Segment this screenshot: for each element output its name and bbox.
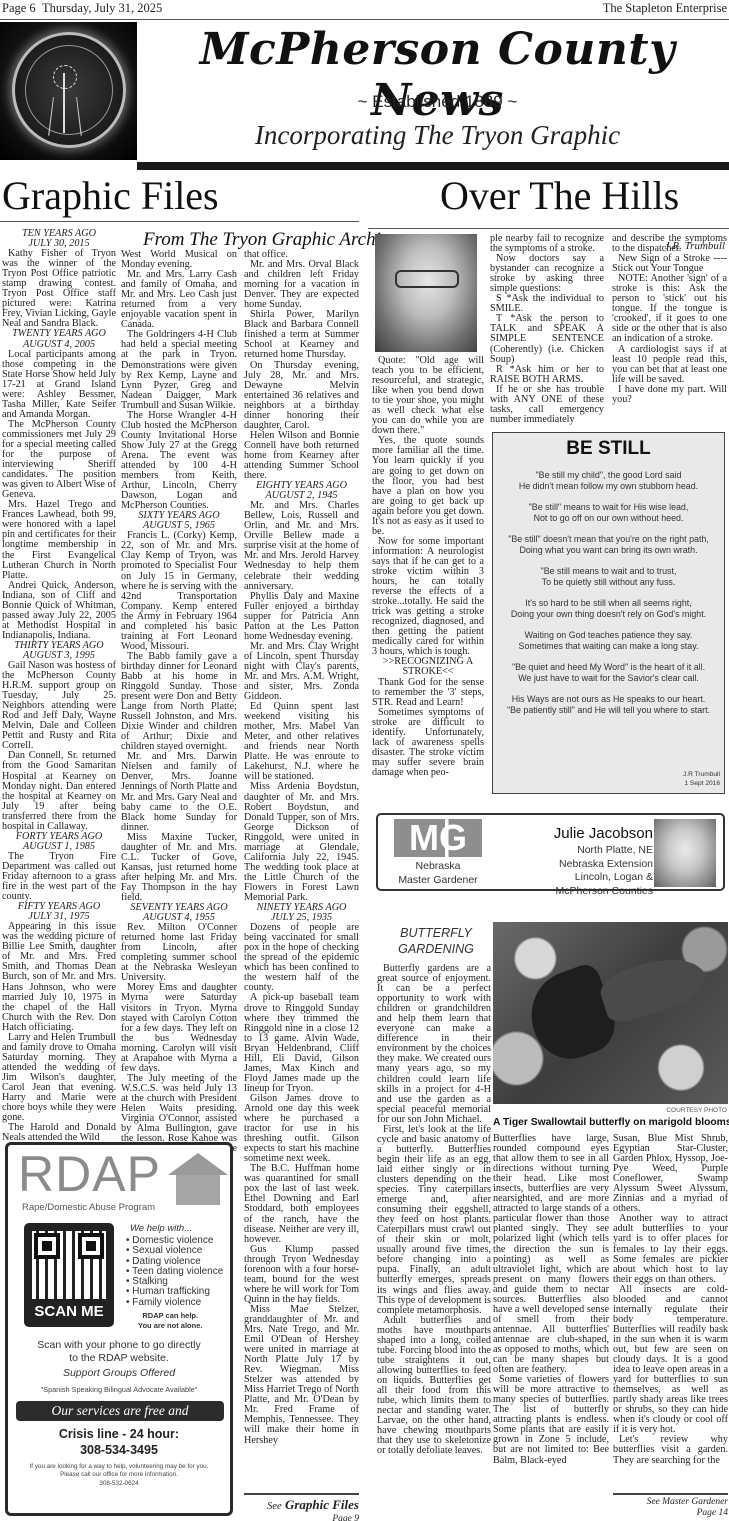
- poem-line: "Be still" doesn't mean that you're on t…: [493, 534, 724, 545]
- paragraph: Mr. and Mrs. Orval Black and children le…: [244, 260, 359, 310]
- service-item: Family violence: [126, 1298, 223, 1308]
- rdap-subtitle: Rape/Domestic Abuse Program: [22, 1202, 155, 1213]
- paragraph: A cardiologist says if at least 10 peopl…: [612, 345, 727, 385]
- paragraph: I have done my part. Will you?: [612, 385, 727, 405]
- info-line: Nebraska Extension: [498, 858, 653, 872]
- spanish-advocate: "Spanish Speaking Bilingual Advocate Ava…: [8, 1385, 230, 1394]
- seal-ring: [12, 32, 126, 148]
- paragraph: Appearing in this issue was the wedding …: [2, 922, 116, 1033]
- paragraph: Adult butterflies and moths have mouthpa…: [377, 1316, 491, 1457]
- graphic-files-rule: [0, 221, 359, 222]
- masthead: McPherson County News ~ Established 1889…: [0, 22, 729, 162]
- paragraph: Local participants among those competing…: [2, 350, 116, 420]
- mg-label-1: Nebraska: [378, 859, 498, 873]
- services-list: Domestic violence Sexual violence Dating…: [126, 1236, 223, 1308]
- paragraph: Mr. and Mrs. Darwin Nielsen and family o…: [121, 752, 237, 832]
- butterfly-photo: [493, 922, 728, 1104]
- paragraph: The McPherson County commissioners met J…: [2, 420, 116, 500]
- master-gardener-end-rule: [613, 1493, 728, 1495]
- paragraph: Butterflies have large, rounded compound…: [493, 1134, 609, 1375]
- article-title: BUTTERFLY GARDENING: [378, 925, 494, 957]
- page-header-line: Page 6 Thursday, July 31, 2025 The Stapl…: [0, 0, 729, 18]
- paragraph: R *Ask him or her to RAISE BOTH ARMS.: [490, 365, 604, 385]
- info-line: McPherson Counties: [498, 885, 653, 899]
- paragraph: Quote: "Old age will teach you to be eff…: [372, 356, 484, 436]
- header-rule: [0, 19, 729, 20]
- paragraph: All insects are cold-blooded and cannot …: [613, 1285, 728, 1436]
- crisis-label: Crisis line - 24 hour:: [8, 1427, 230, 1443]
- poem-stanza: Waiting on God teaches patience they say…: [493, 630, 724, 652]
- paragraph: If he or she has trouble with ANY ONE of…: [490, 385, 604, 425]
- paragraph: Thank God for the sense to remember the …: [372, 678, 484, 708]
- paragraph: Shirla Power, Marilyn Black and Barbara …: [244, 310, 359, 360]
- paragraph: Miss Mae Stelzer, granddaughter of Mr. a…: [244, 1305, 359, 1446]
- dateline-heading: TWENTY YEARS AGO: [2, 329, 116, 339]
- paragraph: Dan Connell, Sr. returned from the Good …: [2, 751, 116, 831]
- paragraph: Ed Quinn spent last weekend visiting his…: [244, 702, 359, 782]
- poem-line: Sometimes that waiting can make a long s…: [493, 641, 724, 652]
- paragraph: Miss Maxine Tucker, daughter of Mr. and …: [121, 833, 237, 903]
- poem-line: "Be still" means to wait for His wise le…: [493, 502, 724, 513]
- be-still-poem-box: BE STILL "Be still my child", the good L…: [492, 432, 725, 794]
- paragraph: West World Musical on Monday evening.: [121, 250, 237, 270]
- poem-line: To be quietly still without any fuss.: [493, 577, 724, 588]
- paragraph: Larry and Helen Trumbull and family drov…: [2, 1033, 116, 1123]
- poem-title: BE STILL: [493, 438, 724, 460]
- paragraph: Helen Wilson and Bonnie Connell have bot…: [244, 431, 359, 481]
- jump-target: Graphic Files: [285, 1497, 359, 1512]
- jump-see-label: See Master Gardener: [613, 1497, 728, 1508]
- mg-label-2: Master Gardener: [378, 873, 498, 887]
- poem-line: Waiting on God teaches patience they say…: [493, 630, 724, 641]
- over-the-hills-column-3: and describe the symptoms to the dispatc…: [612, 234, 727, 405]
- paragraph: Mr. and Mrs. Clay Wright of Lincoln, spe…: [244, 642, 359, 702]
- paragraph: NOTE: Another 'sign' of a stroke is this…: [612, 274, 727, 344]
- paragraph: and describe the symptoms to the dispatc…: [612, 234, 727, 254]
- master-gardener-logo: MG: [394, 819, 482, 857]
- qr-code-icon: [32, 1231, 106, 1299]
- paragraph: Mrs. Hazel Trego and Frances Lawhead, bo…: [2, 500, 116, 580]
- masthead-bar: [137, 162, 729, 170]
- poem-line: "Be still means to wait and to trust,: [493, 566, 724, 577]
- master-gardener-column-2: Butterflies have large, rounded compound…: [493, 1134, 609, 1466]
- paragraph: ple nearby fail to recognize the symptom…: [490, 234, 604, 254]
- rdap-can-help: RDAP can help. You are not alone.: [138, 1311, 202, 1331]
- county-seal-icon: [0, 22, 137, 160]
- jump-page: Page 14: [613, 1508, 728, 1519]
- paragraph: Dozens of people are being vaccinated fo…: [244, 923, 359, 993]
- paragraph: The Harold and Donald Neals attended the…: [2, 1123, 116, 1143]
- paper-name: The Stapleton Enterprise: [603, 1, 727, 16]
- paragraph: New Sign of a Stroke ---- Stick out Your…: [612, 254, 727, 274]
- paragraph: Let's review why butterflies visit a gar…: [613, 1435, 728, 1465]
- help-heading: We help with...: [130, 1223, 192, 1234]
- rdap-advertisement: RDAP Rape/Domestic Abuse Program SCAN ME…: [5, 1142, 233, 1516]
- paragraph: The Horse Wrangler 4-H Club hosted the M…: [121, 411, 237, 511]
- scan-text-1: Scan with your phone to go directly: [8, 1339, 230, 1352]
- graphic-files-jump: See Graphic Files Page 9: [244, 1498, 359, 1521]
- poem-line: Doing what you want can bring its own wr…: [493, 545, 724, 556]
- house-icon: [168, 1153, 228, 1205]
- jump-see-label: See: [267, 1501, 282, 1512]
- poem-stanza: "Be still" doesn't mean that you're on t…: [493, 534, 724, 556]
- over-the-hills-column-1: Quote: "Old age will teach you to be eff…: [372, 356, 484, 778]
- paragraph: Gilson James drove to Arnold one day thi…: [244, 1094, 359, 1164]
- windmill-icon: [63, 73, 65, 133]
- poem-stanza: "Be still means to wait and to trust,To …: [493, 566, 724, 588]
- subheading: >>RECOGNIZING A STROKE<<: [372, 657, 484, 677]
- paragraph: Gail Nason was hostess of the McPherson …: [2, 661, 116, 751]
- paragraph: Rev. Milton O'Conner returned home last …: [121, 923, 237, 983]
- paragraph: S *Ask the individual to SMILE.: [490, 294, 604, 314]
- paragraph: Mr. and Mrs. Larry Cash and family of Om…: [121, 270, 237, 330]
- poem-author: J.R Trumbull: [683, 771, 720, 779]
- scan-me-label: SCAN ME: [24, 1303, 114, 1320]
- office-phone[interactable]: 308-532-0624: [8, 1480, 230, 1488]
- support-groups: Support Groups Offered: [8, 1367, 230, 1379]
- graphic-files-column-1: TEN YEARS AGOJULY 30, 2015Kathy Fisher o…: [2, 229, 116, 1143]
- poem-line: Doing your own thing doesn't rely on God…: [493, 609, 724, 620]
- paragraph: Some varieties of flowers will be more a…: [493, 1375, 609, 1465]
- poem-line: "Be still my child", the good Lord said: [493, 470, 724, 481]
- author-photo: [375, 234, 477, 352]
- volunteer-info: If you are looking for a way to help, vo…: [8, 1463, 230, 1488]
- house-roof: [168, 1153, 228, 1175]
- poem-stanza: "Be still my child", the good Lord saidH…: [493, 470, 724, 492]
- poem-stanza: His Ways are not ours as He speaks to ou…: [493, 694, 724, 716]
- not-alone-line: You are not alone.: [138, 1321, 202, 1331]
- article-title-line-2: GARDENING: [378, 941, 494, 957]
- paragraph: Andrei Quick, Anderson, Indiana, son of …: [2, 581, 116, 641]
- issue-date: Thursday, July 31, 2025: [42, 1, 162, 15]
- article-title-line-1: BUTTERFLY: [378, 925, 494, 941]
- paragraph: Susan, Blue Mist Shrub, Egyptian Star-Cl…: [613, 1134, 728, 1214]
- over-the-hills-column-2: ple nearby fail to recognize the symptom…: [490, 234, 604, 425]
- master-gardener-header: MG Nebraska Master Gardener Julie Jacobs…: [376, 813, 725, 891]
- house-body: [176, 1175, 220, 1205]
- paragraph: Kathy Fisher of Tryon was the winner of …: [2, 249, 116, 329]
- paragraph: Gus Klump passed through Tryon Wednesday…: [244, 1245, 359, 1305]
- scan-text-2: to the RDAP website.: [8, 1352, 230, 1365]
- graphic-files-column-3: that office.Mr. and Mrs. Orval Black and…: [244, 250, 359, 1446]
- graphic-files-end-rule: [244, 1493, 359, 1495]
- photo-credit: COURTESY PHOTO: [666, 1107, 727, 1114]
- graphic-files-title: Graphic Files: [2, 176, 219, 216]
- info-line: North Platte, NE: [498, 844, 653, 858]
- poem-stanza: "Be still" means to wait for His wise le…: [493, 502, 724, 524]
- page-number-date: Page 6 Thursday, July 31, 2025: [2, 1, 162, 16]
- paragraph: Now doctors say a bystander can recogniz…: [490, 254, 604, 294]
- master-gardener-column-3: Susan, Blue Mist Shrub, Egyptian Star-Cl…: [613, 1134, 728, 1466]
- free-confidential-banner: Our services are free and confidential.: [16, 1401, 224, 1421]
- paragraph: Miss Ardenia Boydstun, daughter of Mr. a…: [244, 782, 359, 903]
- poem-date: 1 Sept 2016: [683, 780, 720, 788]
- volunteer-line-2: Please call our office for more informat…: [8, 1471, 230, 1479]
- poem-stanzas: "Be still my child", the good Lord saidH…: [493, 470, 724, 716]
- poem-line: Not to go off on our own without heed.: [493, 513, 724, 524]
- page-number: Page 6: [2, 1, 36, 15]
- columnist-photo: [654, 819, 716, 887]
- volunteer-line-1: If you are looking for a way to help, vo…: [8, 1463, 230, 1471]
- poem-line: It's so hard to be still when all seems …: [493, 598, 724, 609]
- graphic-files-column-2: West World Musical on Monday evening.Mr.…: [121, 250, 237, 1164]
- over-the-hills-rule: [368, 228, 729, 229]
- paragraph: A pick-up baseball team drove to Ringgol…: [244, 993, 359, 1093]
- paragraph: The Babb family gave a birthday dinner f…: [121, 652, 237, 752]
- paragraph: The Goldringers 4-H Club had held a spec…: [121, 330, 237, 410]
- info-line: Lincoln, Logan &: [498, 871, 653, 885]
- qr-code[interactable]: SCAN ME: [24, 1223, 114, 1327]
- master-gardener-label: Nebraska Master Gardener: [378, 859, 498, 887]
- crisis-phone[interactable]: 308-534-3495: [8, 1443, 230, 1459]
- can-help-line: RDAP can help.: [138, 1311, 202, 1321]
- columnist-name: Julie Jacobson: [523, 825, 653, 842]
- columnist-info: North Platte, NE Nebraska Extension Linc…: [498, 844, 653, 898]
- paragraph: The B.C. Huffman home was quarantined fo…: [244, 1164, 359, 1244]
- poem-signature: J.R Trumbull 1 Sept 2016: [683, 771, 720, 788]
- paragraph: Yes, the quote sounds more familiar all …: [372, 436, 484, 536]
- scan-instructions: Scan with your phone to go directly to t…: [8, 1339, 230, 1365]
- poem-line: "Be quiet and heed My Word" is the heart…: [493, 662, 724, 673]
- paragraph: Francis L. (Corky) Kemp, 22, son of Mr. …: [121, 531, 237, 652]
- poem-line: His Ways are not ours as He speaks to ou…: [493, 694, 724, 705]
- poem-line: We just have to wait for the Savior's cl…: [493, 673, 724, 684]
- butterfly-wing: [596, 947, 711, 1027]
- master-gardener-jump: See Master Gardener Page 14: [613, 1497, 728, 1519]
- established-line: ~ Established 1889 ~: [150, 92, 725, 112]
- paragraph: First, let's look at the life cycle and …: [377, 1125, 491, 1316]
- incorporating-line: Incorporating The Tryon Graphic: [150, 120, 725, 151]
- paragraph: Mr. and Mrs. Charles Bellew, Lois, Russe…: [244, 501, 359, 591]
- glasses-shape: [395, 270, 459, 288]
- master-gardener-column-1: Butterfly gardens are a great source of …: [377, 964, 491, 1456]
- poem-stanza: "Be quiet and heed My Word" is the heart…: [493, 662, 724, 684]
- rdap-logo: RDAP: [18, 1149, 161, 1199]
- paragraph: Sometimes symptoms of stroke are difficu…: [372, 708, 484, 778]
- crisis-line: Crisis line - 24 hour: 308-534-3495: [8, 1427, 230, 1458]
- poem-line: "Be patiently still" and He will tell yo…: [493, 705, 724, 716]
- paragraph: Another way to attract adult butterflies…: [613, 1214, 728, 1284]
- jump-page: Page 9: [244, 1513, 359, 1521]
- poem-stanza: It's so hard to be still when all seems …: [493, 598, 724, 620]
- paragraph: On Thursday evening, July 28, Mr. and Mr…: [244, 361, 359, 431]
- paragraph: Butterfly gardens are a great source of …: [377, 964, 491, 1125]
- paragraph: Phyllis Daly and Maxine Fuller enjoyed a…: [244, 592, 359, 642]
- paragraph: Now for some important information: A ne…: [372, 537, 484, 658]
- paragraph: T *Ask the person to TALK and SPEAK A SI…: [490, 314, 604, 364]
- paragraph: Morey Ems and daughter Myrna were Saturd…: [121, 983, 237, 1073]
- over-the-hills-title: Over The Hills: [440, 176, 679, 216]
- paragraph: The Tryon Fire Department was called out…: [2, 852, 116, 902]
- graphic-files-subtitle: From The Tryon Graphic Archives: [143, 229, 405, 251]
- poem-line: He didn't mean follow my own stubborn he…: [493, 481, 724, 492]
- photo-caption: A Tiger Swallowtail butterfly on marigol…: [493, 1117, 729, 1128]
